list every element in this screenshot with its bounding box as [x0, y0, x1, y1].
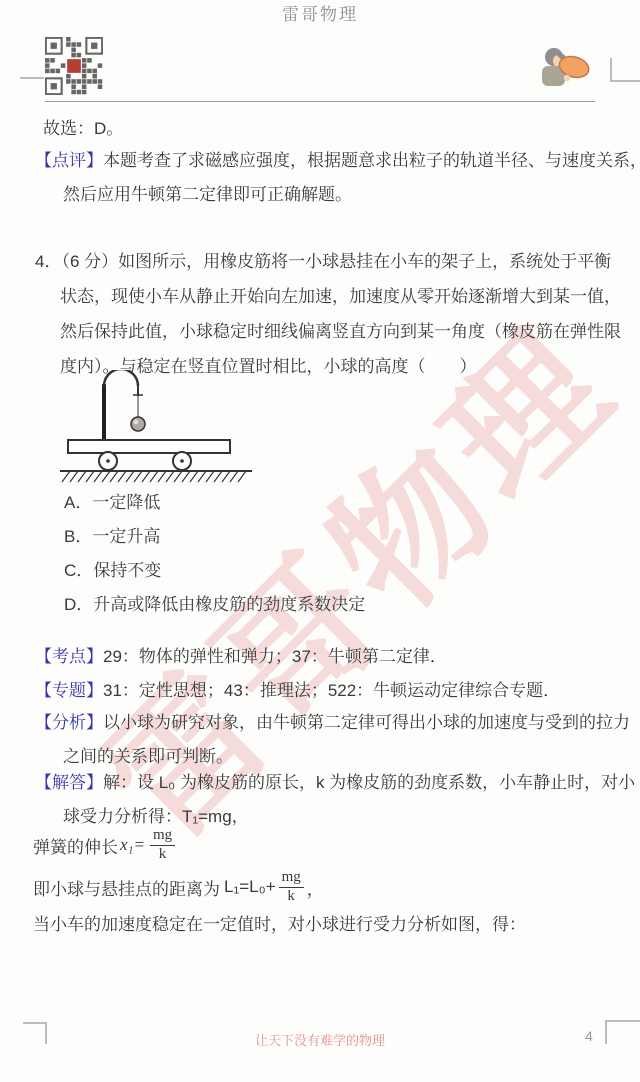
- prev-answer-text: 故选：D。: [43, 112, 123, 146]
- fraction: mg k: [279, 869, 304, 905]
- comment-label: 【点评】: [35, 151, 103, 170]
- jieda-line-1: 【解答】解：设 L₀ 为橡皮筋的原长，k 为橡皮筋的劲度系数，小车静止时，对小: [35, 766, 635, 800]
- figure-ball: [131, 417, 145, 431]
- zhuanti-label: 【专题】: [35, 681, 103, 700]
- question-line-2: 状态，现使小车从静止开始向左加速，加速度从零开始逐渐增大到某一值，: [35, 279, 621, 314]
- closing-line: 当小车的加速度稳定在一定值时，对小球进行受力分析如图，得：: [33, 908, 526, 942]
- jieda-label: 【解答】: [35, 773, 103, 792]
- comment-block: 【点评】本题考查了求磁感应强度，根据题意求出粒子的轨道半径、与速度关系， 然后应…: [35, 144, 640, 212]
- formula-lhs: x₁=: [118, 835, 147, 855]
- figure-hook-arc: [104, 370, 138, 386]
- spring-extension-formula: 弹簧的伸长 x₁= mg k: [33, 824, 178, 866]
- fenxi-label: 【分析】: [35, 713, 103, 732]
- formula-prefix: 即小球与悬挂点的距离为: [33, 875, 220, 900]
- option-c: C．保持不变: [64, 554, 365, 588]
- mascot-icon: [538, 44, 594, 92]
- options-block: A．一定降低 B．一定升高 C．保持不变 D．升高或降低由橡皮筋的劲度系数决定: [64, 486, 365, 622]
- question-line-3: 然后保持此值，小球稳定时细线偏离竖直方向到某一角度（橡皮筋在弹性限: [35, 314, 621, 349]
- footer-slogan: 让天下没有难学的物理: [0, 1030, 640, 1049]
- comment-line-1: 【点评】本题考查了求磁感应强度，根据题意求出粒子的轨道半径、与速度关系，: [35, 144, 640, 178]
- option-a: A．一定降低: [64, 486, 365, 520]
- fraction: mg k: [150, 827, 175, 863]
- question-line-1: 4．（6 分）如图所示，用橡皮筋将一小球悬挂在小车的架子上，系统处于平衡: [35, 244, 621, 279]
- formula-lhs: L₁=L₀+: [220, 877, 276, 897]
- question-figure: [60, 370, 260, 485]
- option-d: D．升高或降低由橡皮筋的劲度系数决定: [64, 588, 365, 622]
- option-b: B．一定升高: [64, 520, 365, 554]
- figure-cart-body: [68, 440, 230, 453]
- crop-mark-top-right: [610, 58, 640, 82]
- question-block: 4．（6 分）如图所示，用橡皮筋将一小球悬挂在小车的架子上，系统处于平衡 状态，…: [35, 244, 621, 384]
- header-divider: [45, 101, 595, 102]
- page-title: 雷哥物理: [0, 0, 640, 25]
- page-number: 4: [585, 1028, 593, 1044]
- fenxi-block: 【分析】以小球为研究对象，由牛顿第二定律可得出小球的加速度与受到的拉力 之间的关…: [35, 706, 630, 774]
- page: 雷哥物理 雷哥物理 故选：D。 【点评】本题考查了求磁感: [0, 0, 640, 1082]
- hanging-length-formula: 即小球与悬挂点的距离为 L₁=L₀+ mg k ，: [33, 866, 324, 908]
- ground-hatch: [62, 471, 246, 482]
- comment-line-2: 然后应用牛顿第二定律即可正确解题。: [35, 178, 640, 212]
- kaodian-line: 【考点】29：物体的弹性和弹力；37：牛顿第二定律．: [35, 640, 447, 674]
- qr-code-icon: [45, 37, 103, 95]
- zhuanti-line: 【专题】31：定性思想；43：推理法；522：牛顿运动定律综合专题．: [35, 674, 560, 708]
- formula-prefix: 弹簧的伸长: [33, 833, 118, 858]
- crop-mark-top-left: [20, 77, 44, 79]
- fenxi-line-1: 【分析】以小球为研究对象，由牛顿第二定律可得出小球的加速度与受到的拉力: [35, 706, 630, 740]
- kaodian-label: 【考点】: [35, 647, 103, 666]
